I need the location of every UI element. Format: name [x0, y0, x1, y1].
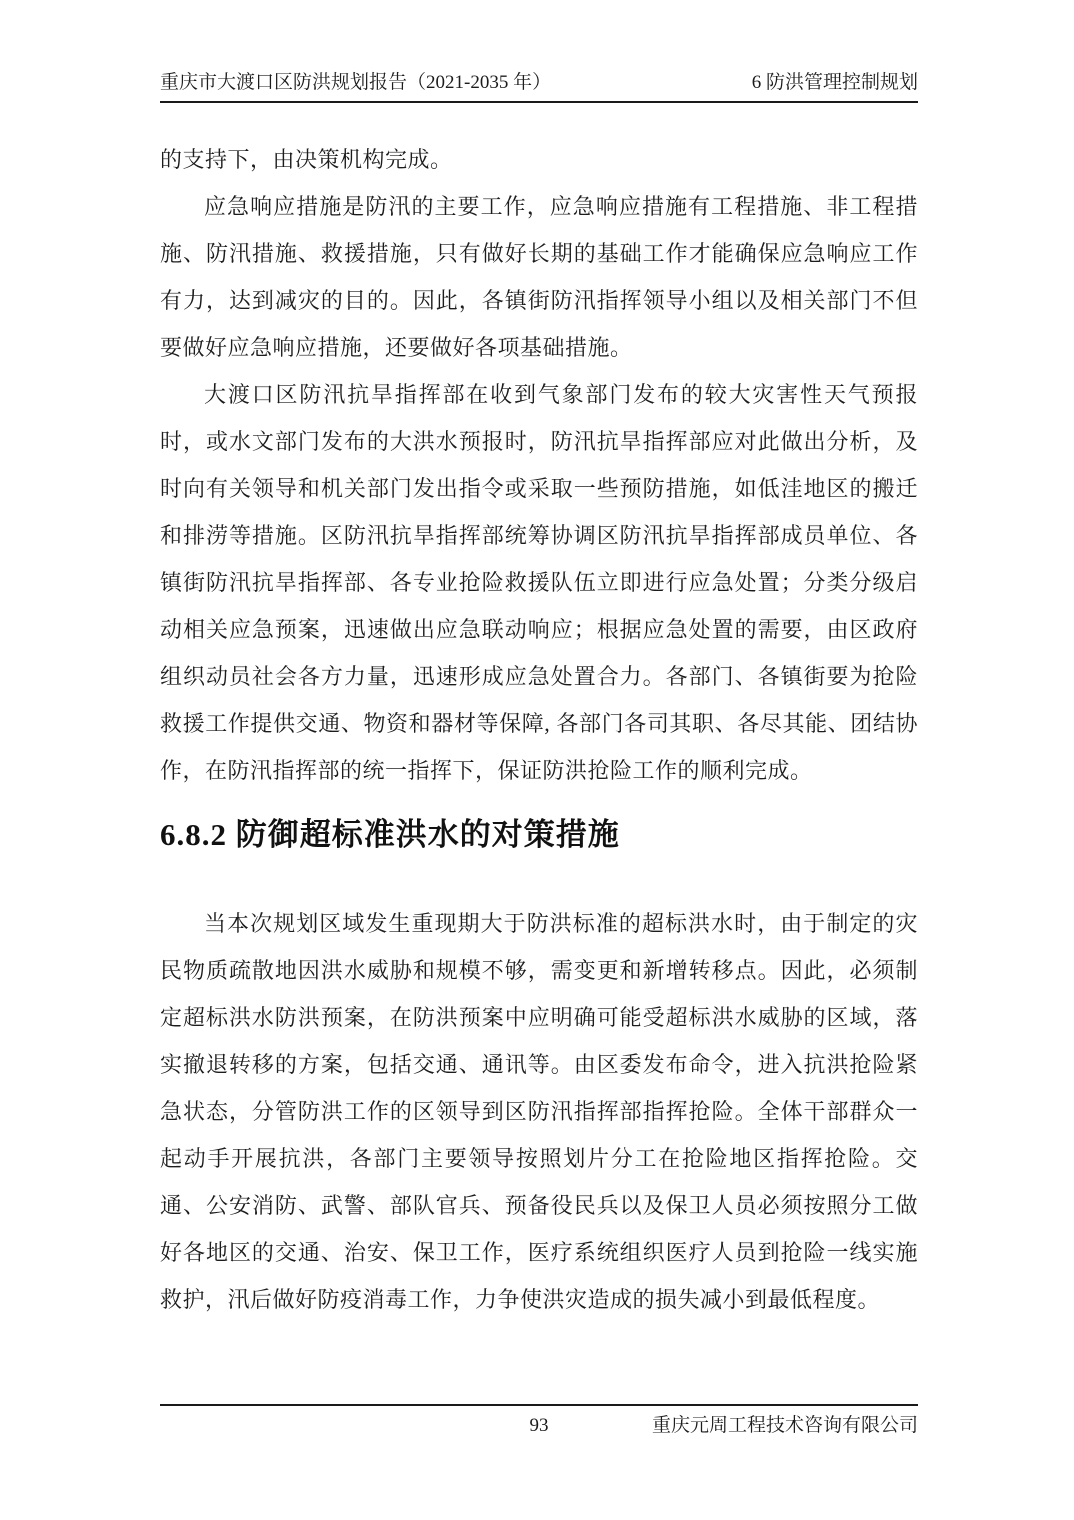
paragraph-continuation: 的支持下，由决策机构完成。 — [160, 136, 918, 183]
document-page: 重庆市大渡口区防洪规划报告（2021-2035 年） 6 防洪管理控制规划 的支… — [0, 0, 1074, 1520]
page-header: 重庆市大渡口区防洪规划报告（2021-2035 年） 6 防洪管理控制规划 — [160, 70, 918, 103]
paragraph-exceed-standard-flood: 当本次规划区域发生重现期大于防洪标准的超标洪水时，由于制定的灾民物质疏散地因洪水… — [160, 900, 918, 1323]
section-heading: 6.8.2 防御超标准洪水的对策措施 — [160, 814, 918, 856]
paragraph-flood-command: 大渡口区防汛抗旱指挥部在收到气象部门发布的较大灾害性天气预报时，或水文部门发布的… — [160, 371, 918, 794]
header-chapter-title: 6 防洪管理控制规划 — [752, 70, 918, 96]
paragraph-emergency-response: 应急响应措施是防汛的主要工作，应急响应措施有工程措施、非工程措施、防汛措施、救援… — [160, 183, 918, 371]
page-footer: 93 重庆元周工程技术咨询有限公司 — [160, 1404, 918, 1440]
header-report-title: 重庆市大渡口区防洪规划报告（2021-2035 年） — [160, 70, 551, 96]
document-body: 的支持下，由决策机构完成。 应急响应措施是防汛的主要工作，应急响应措施有工程措施… — [160, 136, 918, 1323]
footer-company-name: 重庆元周工程技术咨询有限公司 — [652, 1413, 918, 1439]
